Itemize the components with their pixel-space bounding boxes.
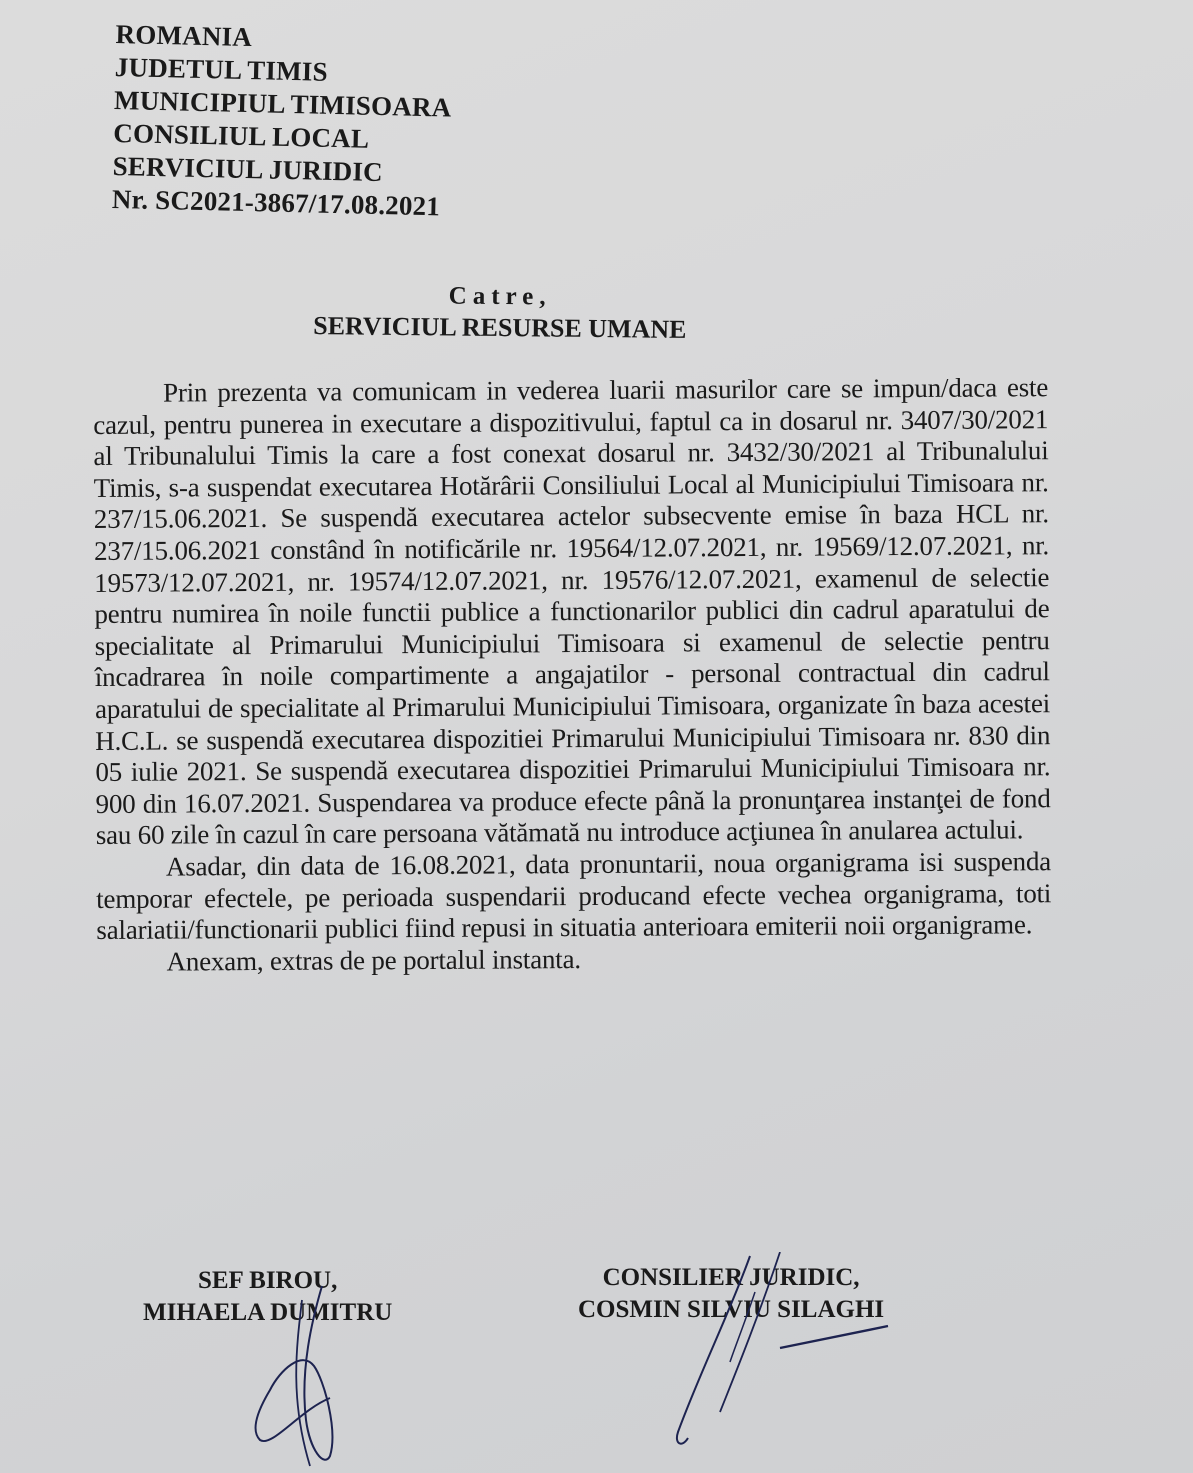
document-page: ROMANIA JUDETUL TIMIS MUNICIPIUL TIMISOA… <box>0 0 1193 1473</box>
signatory-title: SEF BIROU, <box>143 1265 392 1297</box>
body-paragraph: Prin prezenta va comunicam in vederea lu… <box>93 372 1051 852</box>
signatory-name: COSMIN SILVIU SILAGHI <box>578 1294 884 1326</box>
salutation: Catre, <box>280 280 720 315</box>
signatory-title: CONSILIER JURIDIC, <box>578 1262 884 1294</box>
document-number: Nr. SC2021-3867/17.08.2021 <box>112 183 450 224</box>
signatory-name: MIHAELA DUMITRU <box>143 1297 392 1329</box>
recipient-block: Catre, SERVICIUL RESURSE UMANE <box>280 280 721 347</box>
document-header: ROMANIA JUDETUL TIMIS MUNICIPIUL TIMISOA… <box>112 18 454 224</box>
recipient-department: SERVICIUL RESURSE UMANE <box>280 310 720 347</box>
signature-block-right: CONSILIER JURIDIC, COSMIN SILVIU SILAGHI <box>578 1262 884 1326</box>
document-body: Prin prezenta va comunicam in vederea lu… <box>93 372 1052 978</box>
body-paragraph: Asadar, din data de 16.08.2021, data pro… <box>96 846 1052 947</box>
body-paragraph: Anexam, extras de pe portalul instanta. <box>96 941 1051 978</box>
signature-block-left: SEF BIROU, MIHAELA DUMITRU <box>143 1265 392 1329</box>
